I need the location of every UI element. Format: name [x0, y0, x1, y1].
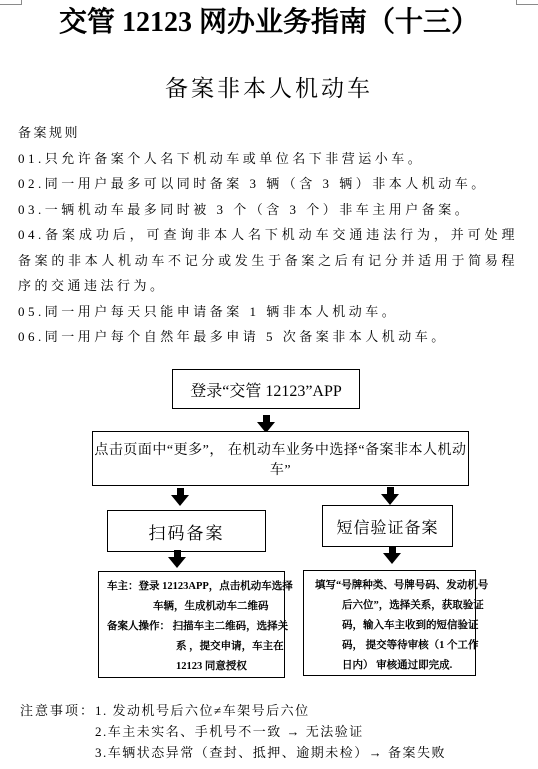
flow-arrow-down-icon	[171, 488, 189, 506]
flow-sms-detail-line: 码， 提交等待审核（1 个工作	[304, 636, 475, 656]
flow-sms-detail-line: 码，输入车主收到的短信验证	[304, 616, 475, 636]
flow-step-login-box: 登录“交管 12123”APP	[172, 369, 360, 409]
rule-item-02: 02.同一用户最多可以同时备案 3 辆（含 3 辆）非本人机动车。	[18, 171, 518, 197]
flow-scan-detail-box: 车主：登录 12123APP，点击机动车选择 车辆，生成机动车二维码 备案人操作…	[98, 571, 285, 678]
flow-scan-detail-line: 备案人操作： 扫描车主二维码，选择关	[99, 617, 284, 637]
rule-item-01: 01.只允许备案个人名下机动车或单位名下非营运小车。	[18, 146, 518, 172]
note-item-2: 2.车主未实名、手机号不一致 → 无法验证	[95, 721, 446, 742]
flow-step-more-box: 点击页面中“更多”， 在机动车业务中选择“备案非本人机动车”	[92, 431, 469, 486]
rules-section: 备案规则 01.只允许备案个人名下机动车或单位名下非营运小车。 02.同一用户最…	[18, 120, 518, 350]
flow-scan-detail-line: 系 ，提交申请，车主在	[99, 637, 284, 657]
flow-sms-detail-line: 填写“号牌种类、号牌号码、发动机号	[304, 576, 475, 596]
flow-arrow-down-icon	[381, 487, 399, 505]
rule-item-06: 06.同一用户每个自然年最多申请 5 次备案非本人机动车。	[18, 324, 518, 350]
page-subtitle: 备案非本人机动车	[0, 72, 538, 106]
notes-items: 1. 发动机号后六位≠车架号后六位 2.车主未实名、手机号不一致 → 无法验证 …	[95, 700, 446, 763]
flow-scan-detail-line: 12123 同意授权	[99, 657, 284, 677]
flow-scan-detail-line: 车主：登录 12123APP，点击机动车选择	[99, 577, 284, 597]
note-item-3: 3.车辆状态异常（查封、抵押、逾期未检）→ 备案失败	[95, 742, 446, 763]
notes-label: 注意事项：	[20, 700, 95, 721]
notes-section: 注意事项： 1. 发动机号后六位≠车架号后六位 2.车主未实名、手机号不一致 →…	[20, 700, 446, 763]
flow-branch-sms-box: 短信验证备案	[322, 505, 453, 547]
flow-branch-scan-box: 扫码备案	[107, 510, 266, 552]
flow-sms-detail-line: 后六位”，选择关系，获取验证	[304, 596, 475, 616]
flow-arrow-down-icon	[383, 546, 401, 564]
flow-sms-detail-line: 日内） 审核通过即完成.	[304, 656, 475, 676]
note-item-1: 1. 发动机号后六位≠车架号后六位	[95, 700, 446, 721]
flow-sms-detail-box: 填写“号牌种类、号牌号码、发动机号 后六位”，选择关系，获取验证 码，输入车主收…	[303, 570, 476, 676]
rules-heading: 备案规则	[18, 120, 518, 146]
page-title: 交管 12123 网办业务指南（十三）	[0, 2, 538, 44]
rule-item-03: 03.一辆机动车最多同时被 3 个（含 3 个）非车主用户备案。	[18, 197, 518, 223]
rule-item-05: 05.同一用户每天只能申请备案 1 辆非本人机动车。	[18, 299, 518, 325]
flow-arrow-down-icon	[168, 550, 186, 568]
rule-item-04: 04.备案成功后，可查询非本人名下机动车交通违法行为，并可处理备案的非本人机动车…	[18, 222, 518, 299]
flow-scan-detail-line: 车辆，生成机动车二维码	[99, 597, 284, 617]
document-page: 交管 12123 网办业务指南（十三） 备案非本人机动车 备案规则 01.只允许…	[0, 0, 538, 769]
